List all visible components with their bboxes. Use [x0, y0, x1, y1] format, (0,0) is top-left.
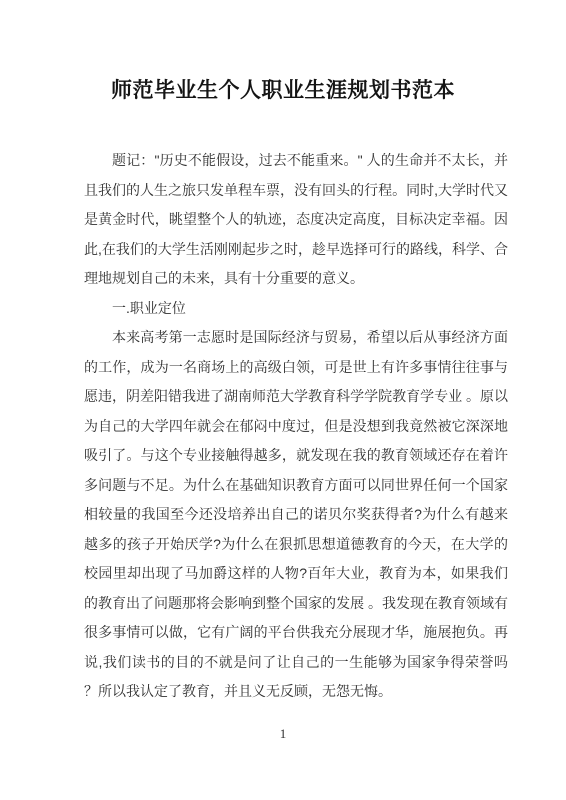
paragraph-preface: 题记："历史不能假设，过去不能重来。" 人的生命并不太长，并且我们的人生之旅只发…	[84, 146, 508, 294]
page-number: 1	[0, 726, 566, 742]
document-body: 题记："历史不能假设，过去不能重来。" 人的生命并不太长，并且我们的人生之旅只发…	[84, 146, 508, 707]
section-heading-career-positioning: 一.职业定位	[84, 294, 508, 324]
document-title: 师范毕业生个人职业生涯规划书范本	[0, 79, 566, 102]
document-page: 师范毕业生个人职业生涯规划书范本 题记："历史不能假设，过去不能重来。" 人的生…	[0, 0, 566, 800]
paragraph-career-positioning: 本来高考第一志愿时是国际经济与贸易，希望以后从事经济方面的工作，成为一名商场上的…	[84, 323, 508, 707]
